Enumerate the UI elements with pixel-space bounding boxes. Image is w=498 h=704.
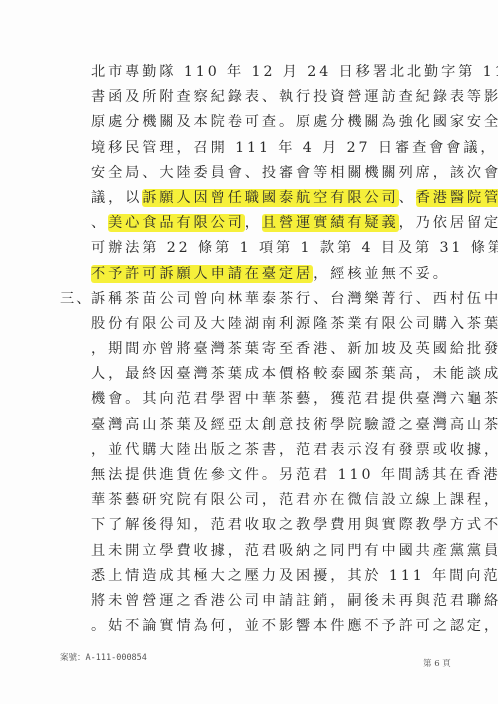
text-line: 。姑不論實情為何，並不影響本件應不予許可之認定，所訴: [91, 614, 441, 639]
case-number: 案號：A-111-000854: [60, 651, 147, 663]
text-line: 無法提供進貨佐參文件。另范君 110 年間誘其在香港開設中: [91, 463, 441, 488]
text-line: 安全局、大陸委員會、投審會等相關機關列席，該次會議決: [91, 161, 441, 186]
highlighted-text: 美心食品有限公司: [108, 214, 245, 232]
text-segment: ，並代購大陸出版之茶書，范君表示沒有發票或收據，致其: [91, 442, 498, 458]
document-page: 北市專勤隊 110 年 12 月 24 日移署北北勤字第 1108490491 …: [0, 0, 498, 704]
text-segment: 、: [399, 190, 416, 206]
text-segment: 股份有限公司及大陸湖南利源隆茶業有限公司購入茶葉營運: [91, 316, 498, 332]
text-segment: 可辦法第 22 條第 1 項第 1 款第 4 目及第 31 條第 1 項規定，: [91, 240, 498, 256]
text-segment: 北市專勤隊 110 年 12 月 24 日移署北北勤字第 1108490491 …: [91, 64, 498, 80]
text-segment: 。姑不論實情為何，並不影響本件應不予許可之認定，所訴: [91, 618, 498, 634]
text-line: 原處分機關及本院卷可查。原處分機關為強化國家安全及國: [91, 110, 441, 135]
text-segment: ，期間亦曾將臺灣茶葉寄至香港、新加坡及英國給批發接洽: [91, 341, 498, 357]
text-line: 可辦法第 22 條第 1 項第 1 款第 4 目及第 31 條第 1 項規定，: [91, 236, 441, 261]
text-segment: 書函及所附查察紀錄表、執行投資營運訪查紀錄表等影本附: [91, 89, 498, 105]
text-segment: 人，最終因臺灣茶葉成本價格較泰國茶葉高，未能談成合作: [91, 366, 498, 382]
highlighted-text: 不予許可訴願人申請在臺定居: [91, 265, 313, 283]
section-marker: 三、: [60, 287, 92, 312]
document-body: 北市專勤隊 110 年 12 月 24 日移署北北勤字第 1108490491 …: [91, 60, 441, 639]
text-segment: 議，以: [91, 190, 142, 206]
text-line: 、美心食品有限公司，且營運實績有疑義，乃依居留定居許: [91, 211, 441, 236]
highlighted-text: 香港醫院管理局: [416, 189, 498, 207]
text-segment: 境移民管理，召開 111 年 4 月 27 日審查會會議，邀請國家: [91, 140, 498, 156]
text-line: 書函及所附查察紀錄表、執行投資營運訪查紀錄表等影本附: [91, 85, 441, 110]
text-segment: ，乃依居留定居許: [399, 215, 498, 231]
text-line: 境移民管理，召開 111 年 4 月 27 日審查會會議，邀請國家: [91, 136, 441, 161]
text-line: ，並代購大陸出版之茶書，范君表示沒有發票或收據，致其: [91, 438, 441, 463]
text-segment: 將未曾營運之香港公司申請註銷，嗣後未再與范君聯絡云云: [91, 593, 498, 609]
text-line: 下了解後得知，范君收取之教學費用與實際教學方式不符，: [91, 513, 441, 538]
text-line: 將未曾營運之香港公司申請註銷，嗣後未再與范君聯絡云云: [91, 589, 441, 614]
text-segment: 且未開立學費收據，范君吸納之同門有中國共產黨黨員，獲: [91, 543, 498, 559]
text-line: 人，最終因臺灣茶葉成本價格較泰國茶葉高，未能談成合作: [91, 362, 441, 387]
text-segment: 華茶藝研究院有限公司，范君亦在微信設立線上課程，其私: [91, 492, 498, 508]
text-line: 股份有限公司及大陸湖南利源隆茶業有限公司購入茶葉營運: [91, 312, 441, 337]
text-segment: 機會。其向范君學習中華茶藝，獲范君提供臺灣六龜茶葉、: [91, 391, 498, 407]
page-number: 第 6 頁: [423, 657, 451, 669]
text-line: 悉上情造成其極大之壓力及困擾，其於 111 年間向范君提出: [91, 564, 441, 589]
text-segment: ，: [245, 215, 262, 231]
highlighted-text: 且營運實績有疑義: [262, 214, 399, 232]
text-line: 北市專勤隊 110 年 12 月 24 日移署北北勤字第 1108490491 …: [91, 60, 441, 85]
text-segment: 下了解後得知，范君收取之教學費用與實際教學方式不符，: [91, 517, 498, 533]
paragraph-continuation: 北市專勤隊 110 年 12 月 24 日移署北北勤字第 1108490491 …: [91, 60, 441, 287]
text-segment: 悉上情造成其極大之壓力及困擾，其於 111 年間向范君提出: [91, 568, 498, 584]
text-line: 三、訴稱茶苗公司曾向林華泰茶行、台灣樂菁行、西村伍中企業: [91, 287, 441, 312]
text-segment: 安全局、大陸委員會、投審會等相關機關列席，該次會議決: [91, 165, 498, 181]
text-segment: 訴稱茶苗公司曾向林華泰茶行、台灣樂菁行、西村伍中企業: [91, 291, 498, 307]
text-segment: 原處分機關及本院卷可查。原處分機關為強化國家安全及國: [91, 114, 498, 130]
text-segment: 無法提供進貨佐參文件。另范君 110 年間誘其在香港開設中: [91, 467, 498, 483]
text-line: ，期間亦曾將臺灣茶葉寄至香港、新加坡及英國給批發接洽: [91, 337, 441, 362]
highlighted-text: 訴願人因曾任職國泰航空有限公司: [142, 189, 398, 207]
text-line: 且未開立學費收據，范君吸納之同門有中國共產黨黨員，獲: [91, 539, 441, 564]
text-segment: 臺灣高山茶葉及經亞太創意技術學院驗證之臺灣高山茶進貨: [91, 417, 498, 433]
text-line: 華茶藝研究院有限公司，范君亦在微信設立線上課程，其私: [91, 488, 441, 513]
text-segment: 、: [91, 215, 108, 231]
section-three: 三、訴稱茶苗公司曾向林華泰茶行、台灣樂菁行、西村伍中企業股份有限公司及大陸湖南利…: [91, 287, 441, 640]
text-segment: ，經核並無不妥。: [313, 266, 450, 282]
text-line: 機會。其向范君學習中華茶藝，獲范君提供臺灣六龜茶葉、: [91, 387, 441, 412]
text-line: 議，以訴願人因曾任職國泰航空有限公司、香港醫院管理局: [91, 186, 441, 211]
text-line: 不予許可訴願人申請在臺定居，經核並無不妥。: [91, 262, 441, 287]
text-line: 臺灣高山茶葉及經亞太創意技術學院驗證之臺灣高山茶進貨: [91, 413, 441, 438]
